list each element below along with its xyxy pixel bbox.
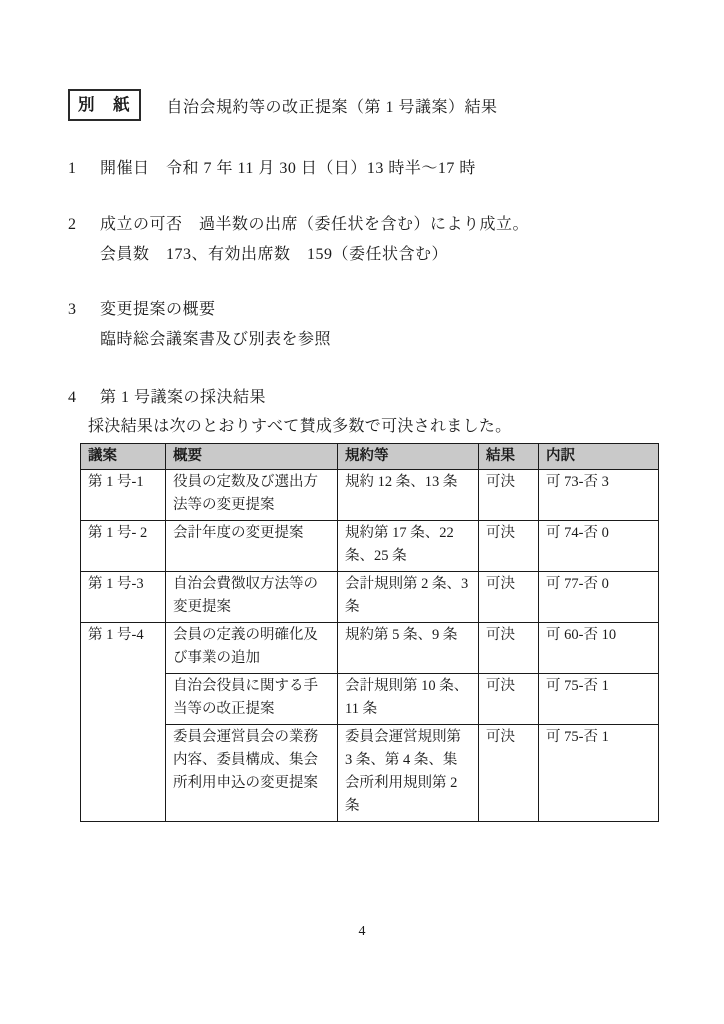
- cell-breakdown: 可 75-否 1: [539, 674, 659, 725]
- header-cell-summary: 概要: [166, 444, 338, 470]
- cell-case: 第 1 号-1: [81, 470, 166, 521]
- section-number: 1: [68, 154, 100, 184]
- cell-case: 第 1 号-4: [81, 623, 166, 822]
- section-line: 成立の可否 過半数の出席（委任状を含む）により成立。: [100, 210, 724, 240]
- section-body: 変更提案の概要 臨時総会議案書及び別表を参照: [100, 295, 724, 355]
- cell-rules: 規約第 17 条、22 条、25 条: [338, 521, 479, 572]
- section-line: 開催日 令和 7 年 11 月 30 日（日）13 時半～17 時: [100, 154, 724, 184]
- cell-breakdown: 可 77-否 0: [539, 572, 659, 623]
- section-line: 変更提案の概要: [100, 295, 724, 325]
- cell-rules: 会計規則第 10 条、11 条: [338, 674, 479, 725]
- vote-results-table: 議案 概要 規約等 結果 内訳 第 1 号-1 役員の定数及び選出方法等の変更提…: [80, 443, 659, 822]
- table-row: 第 1 号-4 会員の定義の明確化及び事業の追加 規約第 5 条、9 条 可決 …: [81, 623, 659, 674]
- cell-result: 可決: [479, 725, 539, 822]
- section-number: 3: [68, 295, 100, 355]
- document-page: 別 紙 自治会規約等の改正提案（第 1 号議案）結果 1 開催日 令和 7 年 …: [0, 0, 724, 1024]
- section-meeting-date: 1 開催日 令和 7 年 11 月 30 日（日）13 時半～17 時: [68, 154, 724, 184]
- section-line: 第 1 号議案の採決結果: [100, 383, 724, 413]
- header-cell-breakdown: 内訳: [539, 444, 659, 470]
- cell-rules: 規約 12 条、13 条: [338, 470, 479, 521]
- table-row: 第 1 号-3 自治会費徴収方法等の変更提案 会計規則第 2 条、3 条 可決 …: [81, 572, 659, 623]
- document-title: 自治会規約等の改正提案（第 1 号議案）結果: [167, 94, 498, 117]
- header-cell-case: 議案: [81, 444, 166, 470]
- cell-rules: 会計規則第 2 条、3 条: [338, 572, 479, 623]
- cell-summary: 委員会運営員会の業務内容、委員構成、集会所利用申込の変更提案: [166, 725, 338, 822]
- header-cell-rules: 規約等: [338, 444, 479, 470]
- section-line: 臨時総会議案書及び別表を参照: [100, 325, 724, 355]
- cell-result: 可決: [479, 623, 539, 674]
- cell-summary: 自治会役員に関する手当等の改正提案: [166, 674, 338, 725]
- section-quorum: 2 成立の可否 過半数の出席（委任状を含む）により成立。 会員数 173、有効出…: [68, 210, 724, 270]
- section-body: 第 1 号議案の採決結果: [100, 383, 724, 413]
- cell-rules: 委員会運営規則第 3 条、第 4 条、集会所利用規則第 2 条: [338, 725, 479, 822]
- section-proposal-summary: 3 変更提案の概要 臨時総会議案書及び別表を参照: [68, 295, 724, 355]
- header-cell-result: 結果: [479, 444, 539, 470]
- cell-case: 第 1 号-3: [81, 572, 166, 623]
- table-row: 第 1 号- 2 会計年度の変更提案 規約第 17 条、22 条、25 条 可決…: [81, 521, 659, 572]
- table-row: 自治会役員に関する手当等の改正提案 会計規則第 10 条、11 条 可決 可 7…: [81, 674, 659, 725]
- table-row: 委員会運営員会の業務内容、委員構成、集会所利用申込の変更提案 委員会運営規則第 …: [81, 725, 659, 822]
- section-body: 開催日 令和 7 年 11 月 30 日（日）13 時半～17 時: [100, 154, 724, 184]
- cell-result: 可決: [479, 572, 539, 623]
- section-vote-results: 4 第 1 号議案の採決結果: [68, 383, 724, 413]
- cell-result: 可決: [479, 521, 539, 572]
- cell-breakdown: 可 73-否 3: [539, 470, 659, 521]
- cell-summary: 会員の定義の明確化及び事業の追加: [166, 623, 338, 674]
- cell-result: 可決: [479, 674, 539, 725]
- page-number: 4: [0, 924, 724, 940]
- cell-result: 可決: [479, 470, 539, 521]
- heading-row: 別 紙 自治会規約等の改正提案（第 1 号議案）結果: [68, 89, 724, 121]
- cell-breakdown: 可 75-否 1: [539, 725, 659, 822]
- section-number: 2: [68, 210, 100, 270]
- attachment-tag: 別 紙: [68, 89, 141, 121]
- cell-summary: 自治会費徴収方法等の変更提案: [166, 572, 338, 623]
- table-header-row: 議案 概要 規約等 結果 内訳: [81, 444, 659, 470]
- cell-rules: 規約第 5 条、9 条: [338, 623, 479, 674]
- table-intro-text: 採決結果は次のとおりすべて賛成多数で可決されました。: [88, 414, 724, 440]
- cell-summary: 会計年度の変更提案: [166, 521, 338, 572]
- table-row: 第 1 号-1 役員の定数及び選出方法等の変更提案 規約 12 条、13 条 可…: [81, 470, 659, 521]
- section-body: 成立の可否 過半数の出席（委任状を含む）により成立。 会員数 173、有効出席数…: [100, 210, 724, 270]
- section-line: 会員数 173、有効出席数 159（委任状含む）: [100, 240, 724, 270]
- cell-summary: 役員の定数及び選出方法等の変更提案: [166, 470, 338, 521]
- section-number: 4: [68, 383, 100, 413]
- cell-breakdown: 可 74-否 0: [539, 521, 659, 572]
- attachment-tag-label: 別 紙: [78, 95, 131, 114]
- cell-case: 第 1 号- 2: [81, 521, 166, 572]
- cell-breakdown: 可 60-否 10: [539, 623, 659, 674]
